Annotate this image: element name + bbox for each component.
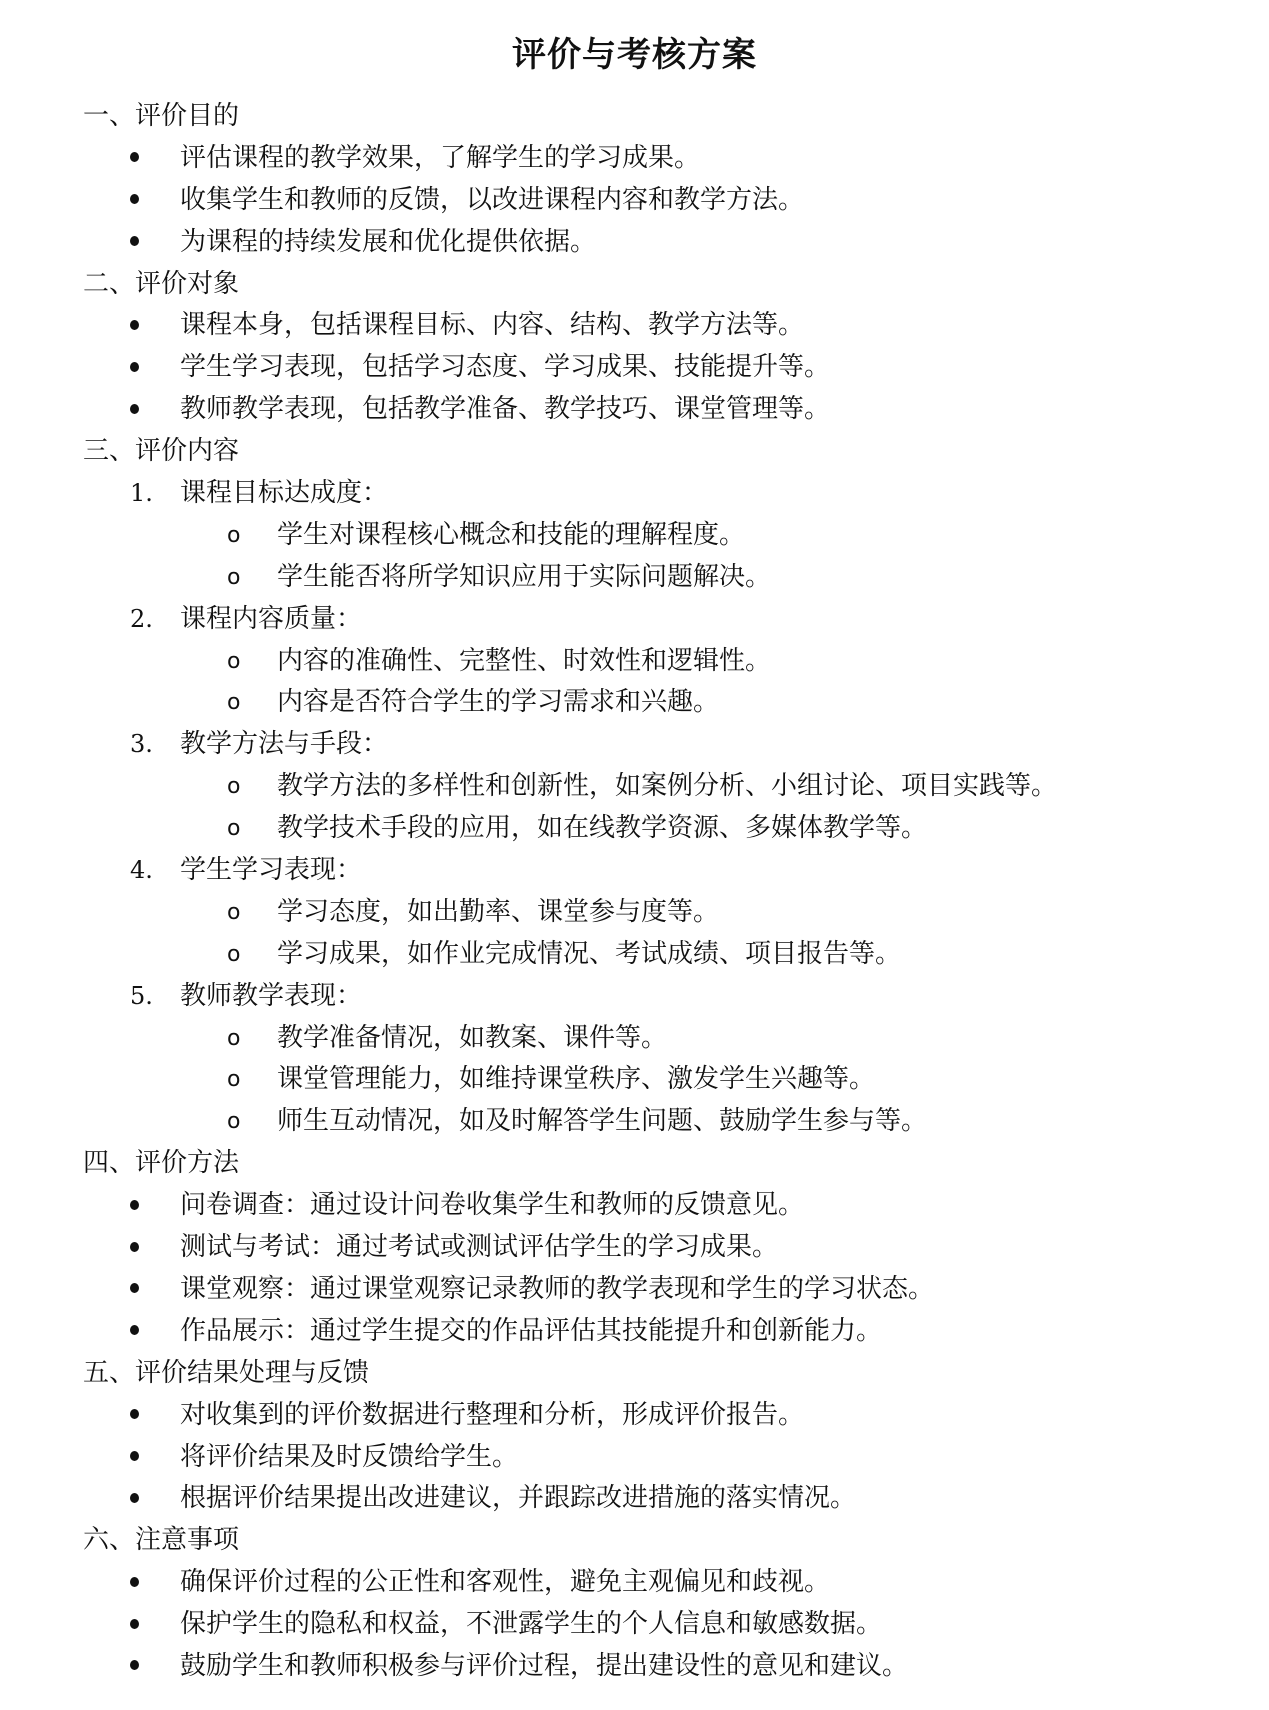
bullet-icon: [130, 389, 139, 431]
section-heading-text: 四、评价方法: [83, 1143, 239, 1185]
hollow-bullet-icon: o: [227, 892, 240, 934]
list-item: 根据评价结果提出改进建议，并跟踪改进措施的落实情况。: [0, 1478, 1269, 1520]
sub-list-item: o学习态度，如出勤率、课堂参与度等。: [0, 892, 1269, 934]
sub-list-item-text: 师生互动情况，如及时解答学生问题、鼓励学生参与等。: [277, 1101, 927, 1143]
sub-list-item: o学生能否将所学知识应用于实际问题解决。: [0, 557, 1269, 599]
list-item: 教师教学表现，包括教学准备、教学技巧、课堂管理等。: [0, 389, 1269, 431]
hollow-bullet-icon: o: [227, 1059, 240, 1101]
sub-list-item: o课堂管理能力，如维持课堂秩序、激发学生兴趣等。: [0, 1059, 1269, 1101]
item-number: 4.: [130, 850, 153, 892]
sub-list-item-text: 教学准备情况，如教案、课件等。: [277, 1018, 667, 1060]
list-item: 收集学生和教师的反馈，以改进课程内容和教学方法。: [0, 180, 1269, 222]
item-number: 3.: [130, 724, 153, 766]
hollow-bullet-icon: o: [227, 1101, 240, 1143]
list-item: 作品展示：通过学生提交的作品评估其技能提升和创新能力。: [0, 1311, 1269, 1353]
sub-list-item-text: 学生对课程核心概念和技能的理解程度。: [277, 515, 745, 557]
list-item-text: 测试与考试：通过考试或测试评估学生的学习成果。: [180, 1227, 778, 1269]
sub-list-item-text: 学生能否将所学知识应用于实际问题解决。: [277, 557, 771, 599]
numbered-item: 3.教学方法与手段：: [0, 724, 1269, 766]
list-item: 测试与考试：通过考试或测试评估学生的学习成果。: [0, 1227, 1269, 1269]
numbered-item-label: 课程目标达成度：: [180, 473, 388, 515]
bullet-icon: [130, 305, 139, 347]
list-item-text: 学生学习表现，包括学习态度、学习成果、技能提升等。: [180, 347, 830, 389]
list-item: 将评价结果及时反馈给学生。: [0, 1437, 1269, 1479]
list-item-text: 课堂观察：通过课堂观察记录教师的教学表现和学生的学习状态。: [180, 1269, 934, 1311]
list-item: 为课程的持续发展和优化提供依据。: [0, 222, 1269, 264]
sub-list-item: o教学方法的多样性和创新性，如案例分析、小组讨论、项目实践等。: [0, 766, 1269, 808]
bullet-icon: [130, 1227, 139, 1269]
sub-list-item: o学生对课程核心概念和技能的理解程度。: [0, 515, 1269, 557]
section-heading-text: 六、注意事项: [83, 1520, 239, 1562]
sub-list-item: o内容的准确性、完整性、时效性和逻辑性。: [0, 641, 1269, 683]
item-number: 2.: [130, 599, 153, 641]
hollow-bullet-icon: o: [227, 1018, 240, 1060]
list-item: 确保评价过程的公正性和客观性，避免主观偏见和歧视。: [0, 1562, 1269, 1604]
sub-list-item-text: 内容的准确性、完整性、时效性和逻辑性。: [277, 641, 771, 683]
section-heading: 四、评价方法: [0, 1143, 1269, 1185]
list-item: 鼓励学生和教师积极参与评价过程，提出建设性的意见和建议。: [0, 1646, 1269, 1688]
list-item-text: 保护学生的隐私和权益，不泄露学生的个人信息和敏感数据。: [180, 1604, 882, 1646]
section-heading-text: 一、评价目的: [83, 96, 239, 138]
item-number: 5.: [130, 976, 153, 1018]
hollow-bullet-icon: o: [227, 557, 240, 599]
list-item-text: 收集学生和教师的反馈，以改进课程内容和教学方法。: [180, 180, 804, 222]
hollow-bullet-icon: o: [227, 766, 240, 808]
bullet-icon: [130, 222, 139, 264]
section-heading: 二、评价对象: [0, 264, 1269, 306]
list-item-text: 教师教学表现，包括教学准备、教学技巧、课堂管理等。: [180, 389, 830, 431]
list-item-text: 确保评价过程的公正性和客观性，避免主观偏见和歧视。: [180, 1562, 830, 1604]
document-page: 评价与考核方案 一、评价目的 评估课程的教学效果，了解学生的学习成果。 收集学生…: [0, 0, 1269, 1710]
list-item: 课堂观察：通过课堂观察记录教师的教学表现和学生的学习状态。: [0, 1269, 1269, 1311]
bullet-icon: [130, 1604, 139, 1646]
bullet-icon: [130, 1395, 139, 1437]
section-heading: 五、评价结果处理与反馈: [0, 1353, 1269, 1395]
list-item-text: 评估课程的教学效果，了解学生的学习成果。: [180, 138, 700, 180]
list-item: 评估课程的教学效果，了解学生的学习成果。: [0, 138, 1269, 180]
numbered-item: 2.课程内容质量：: [0, 599, 1269, 641]
numbered-item-label: 教师教学表现：: [180, 976, 362, 1018]
document-title: 评价与考核方案: [0, 30, 1269, 80]
sub-list-item: o内容是否符合学生的学习需求和兴趣。: [0, 682, 1269, 724]
list-item-text: 问卷调查：通过设计问卷收集学生和教师的反馈意见。: [180, 1185, 804, 1227]
numbered-item: 5.教师教学表现：: [0, 976, 1269, 1018]
list-item: 学生学习表现，包括学习态度、学习成果、技能提升等。: [0, 347, 1269, 389]
section-heading: 一、评价目的: [0, 96, 1269, 138]
sub-list-item-text: 学习成果，如作业完成情况、考试成绩、项目报告等。: [277, 934, 901, 976]
sub-list-item-text: 内容是否符合学生的学习需求和兴趣。: [277, 682, 719, 724]
sub-list-item-text: 课堂管理能力，如维持课堂秩序、激发学生兴趣等。: [277, 1059, 875, 1101]
list-item: 问卷调查：通过设计问卷收集学生和教师的反馈意见。: [0, 1185, 1269, 1227]
bullet-icon: [130, 138, 139, 180]
list-item-text: 课程本身，包括课程目标、内容、结构、教学方法等。: [180, 305, 804, 347]
bullet-icon: [130, 1185, 139, 1227]
bullet-icon: [130, 1311, 139, 1353]
list-item: 课程本身，包括课程目标、内容、结构、教学方法等。: [0, 305, 1269, 347]
numbered-item-label: 课程内容质量：: [180, 599, 362, 641]
list-item: 保护学生的隐私和权益，不泄露学生的个人信息和敏感数据。: [0, 1604, 1269, 1646]
hollow-bullet-icon: o: [227, 808, 240, 850]
section-heading-text: 三、评价内容: [83, 431, 239, 473]
numbered-item: 1.课程目标达成度：: [0, 473, 1269, 515]
hollow-bullet-icon: o: [227, 515, 240, 557]
sub-list-item: o学习成果，如作业完成情况、考试成绩、项目报告等。: [0, 934, 1269, 976]
sub-list-item-text: 学习态度，如出勤率、课堂参与度等。: [277, 892, 719, 934]
bullet-icon: [130, 1437, 139, 1479]
sub-list-item: o师生互动情况，如及时解答学生问题、鼓励学生参与等。: [0, 1101, 1269, 1143]
numbered-item: 4.学生学习表现：: [0, 850, 1269, 892]
section-heading: 三、评价内容: [0, 431, 1269, 473]
section-heading-text: 二、评价对象: [83, 264, 239, 306]
item-number: 1.: [130, 473, 153, 515]
numbered-item-label: 学生学习表现：: [180, 850, 362, 892]
sub-list-item-text: 教学技术手段的应用，如在线教学资源、多媒体教学等。: [277, 808, 927, 850]
sub-list-item-text: 教学方法的多样性和创新性，如案例分析、小组讨论、项目实践等。: [277, 766, 1057, 808]
list-item: 对收集到的评价数据进行整理和分析，形成评价报告。: [0, 1395, 1269, 1437]
section-heading: 六、注意事项: [0, 1520, 1269, 1562]
sub-list-item: o教学技术手段的应用，如在线教学资源、多媒体教学等。: [0, 808, 1269, 850]
bullet-icon: [130, 1269, 139, 1311]
bullet-icon: [130, 347, 139, 389]
list-item-text: 将评价结果及时反馈给学生。: [180, 1437, 518, 1479]
bullet-icon: [130, 1478, 139, 1520]
section-heading-text: 五、评价结果处理与反馈: [83, 1353, 369, 1395]
list-item-text: 作品展示：通过学生提交的作品评估其技能提升和创新能力。: [180, 1311, 882, 1353]
list-item-text: 为课程的持续发展和优化提供依据。: [180, 222, 596, 264]
hollow-bullet-icon: o: [227, 641, 240, 683]
list-item-text: 鼓励学生和教师积极参与评价过程，提出建设性的意见和建议。: [180, 1646, 908, 1688]
numbered-item-label: 教学方法与手段：: [180, 724, 388, 766]
hollow-bullet-icon: o: [227, 934, 240, 976]
bullet-icon: [130, 1562, 139, 1604]
bullet-icon: [130, 180, 139, 222]
bullet-icon: [130, 1646, 139, 1688]
list-item-text: 对收集到的评价数据进行整理和分析，形成评价报告。: [180, 1395, 804, 1437]
sub-list-item: o教学准备情况，如教案、课件等。: [0, 1018, 1269, 1060]
list-item-text: 根据评价结果提出改进建议，并跟踪改进措施的落实情况。: [180, 1478, 856, 1520]
document-body: 一、评价目的 评估课程的教学效果，了解学生的学习成果。 收集学生和教师的反馈，以…: [0, 96, 1269, 1688]
hollow-bullet-icon: o: [227, 682, 240, 724]
